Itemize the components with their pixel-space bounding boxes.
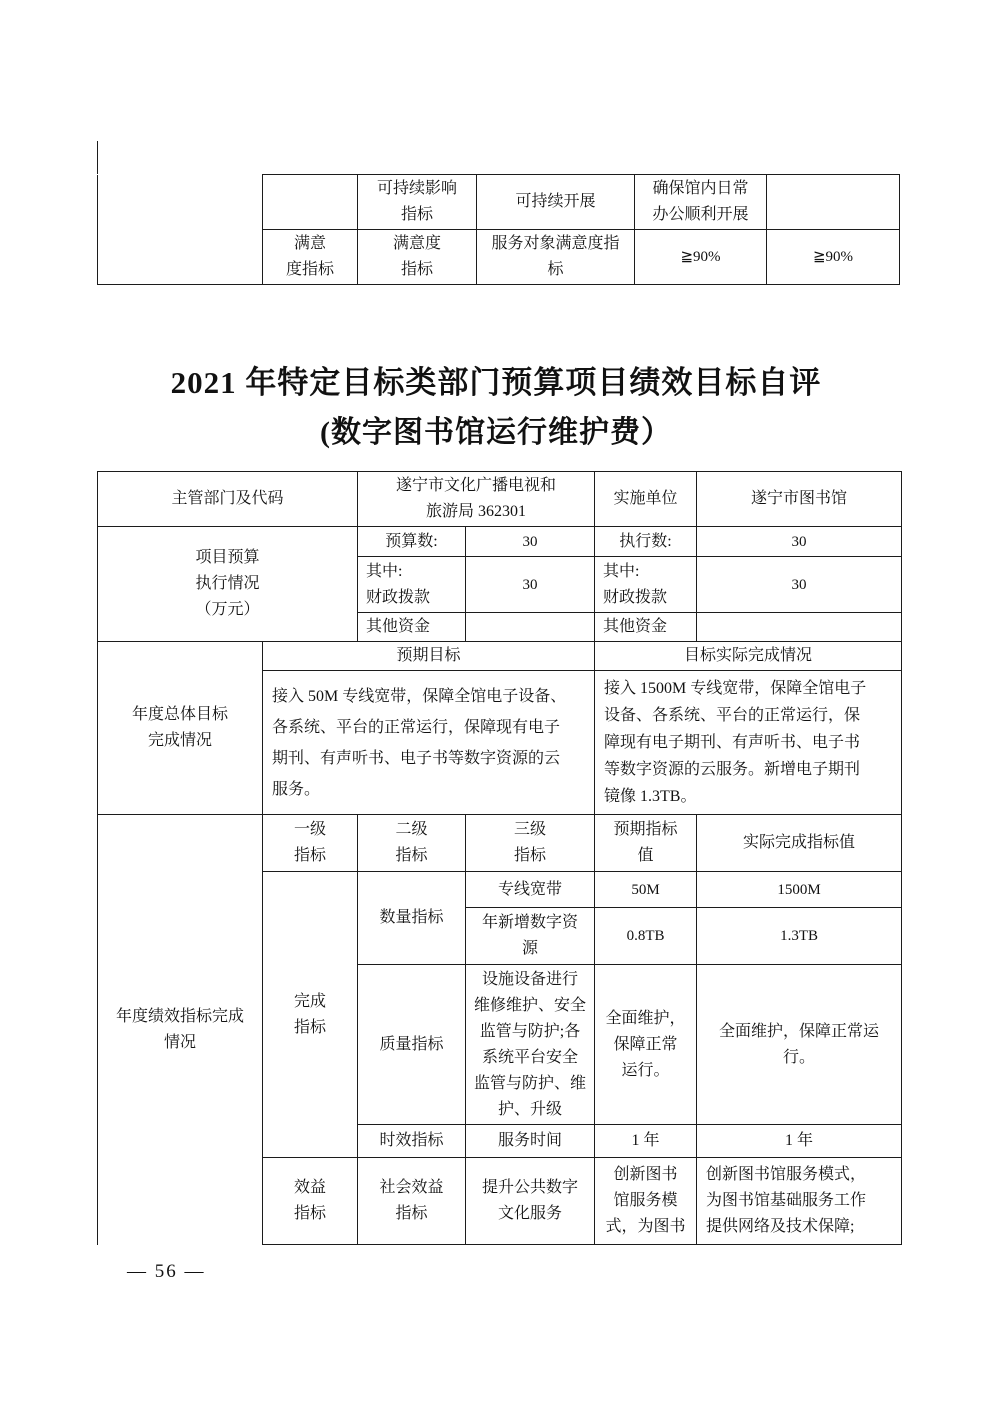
cell-bandwidth-name: 专线宽带	[466, 872, 595, 908]
cell-header-actual: 实际完成指标值	[697, 815, 902, 872]
cell-resources-expected: 0.8TB	[595, 908, 697, 965]
cell-timeliness-expected: 1 年	[595, 1125, 697, 1158]
cell-sustain-label: 可持续影响 指标	[358, 175, 477, 230]
table-row: 年度总体目标 完成情况 预期目标 目标实际完成情况	[98, 642, 902, 671]
cell-budget-label: 预算数:	[358, 527, 466, 557]
cell-other-label-left: 其他资金	[358, 613, 466, 642]
cell-other-label-right: 其他资金	[595, 613, 697, 642]
table-row: 可持续影响 指标 可持续开展 确保馆内日常 办公顺利开展	[98, 175, 900, 230]
cell-indicators-stub: 年度绩效指标完成 情况	[98, 815, 263, 1245]
cell-fiscal-value-left: 30	[466, 557, 595, 613]
cell-dept-label: 主管部门及代码	[98, 472, 358, 527]
doc-title-line2: (数字图书馆运行维护费）	[0, 413, 992, 453]
cell-actual-header: 目标实际完成情况	[595, 642, 902, 671]
cell-timeliness-name: 服务时间	[466, 1125, 595, 1158]
cell-expected-text: 接入 50M 专线宽带，保障全馆电子设备、 各系统、平台的正常运行，保障现有电子…	[263, 671, 595, 815]
cell-header-l1: 一级 指标	[263, 815, 358, 872]
cell-benefit-label: 效益 指标	[263, 1158, 358, 1245]
cell-empty	[767, 175, 900, 230]
table-row: 主管部门及代码 遂宁市文化广播电视和 旅游局 362301 实施单位 遂宁市图书…	[98, 472, 902, 527]
table-row: 项目预算 执行情况 （万元） 预算数: 30 执行数: 30	[98, 527, 902, 557]
cell-benefit-name: 提升公共数字 文化服务	[466, 1158, 595, 1245]
cell-sustain-metric: 可持续开展	[477, 175, 635, 230]
cell-quality-expected: 全面维护， 保障正常 运行。	[595, 965, 697, 1125]
cell-sustain-target: 确保馆内日常 办公顺利开展	[635, 175, 767, 230]
cell-impl-value: 遂宁市图书馆	[697, 472, 902, 527]
cell-benefit-expected: 创新图书 馆服务模 式，为图书	[595, 1158, 697, 1245]
cell-satisfaction-label: 满意度 指标	[358, 230, 477, 285]
cell-benefit-sub: 社会效益 指标	[358, 1158, 466, 1245]
cell-impl-label: 实施单位	[595, 472, 697, 527]
cell-fiscal-label-right: 其中: 财政拨款	[595, 557, 697, 613]
cell-quality-label: 质量指标	[358, 965, 466, 1125]
cell-actual-text: 接入 1500M 专线宽带，保障全馆电子 设备、各系统、平台的正常运行，保 障现…	[595, 671, 902, 815]
cell-dept-value: 遂宁市文化广播电视和 旅游局 362301	[358, 472, 595, 527]
cell-satisfaction-target: ≧90%	[635, 230, 767, 285]
cell-exec-value: 30	[697, 527, 902, 557]
cell-fiscal-value-right: 30	[697, 557, 902, 613]
cell-continued-stub	[98, 175, 263, 285]
cell-bandwidth-expected: 50M	[595, 872, 697, 908]
cell-header-expected: 预期指标 值	[595, 815, 697, 872]
cell-bandwidth-actual: 1500M	[697, 872, 902, 908]
cell-other-value-right	[697, 613, 902, 642]
cell-satisfaction-metric: 服务对象满意度指 标	[477, 230, 635, 285]
cell-timeliness-actual: 1 年	[697, 1125, 902, 1158]
cell-empty	[263, 175, 358, 230]
page-break-stub-line	[97, 141, 98, 174]
cell-fiscal-label-left: 其中: 财政拨款	[358, 557, 466, 613]
cell-quantity-l2: 数量指标	[358, 872, 466, 965]
cell-annual-goal-stub: 年度总体目标 完成情况	[98, 642, 263, 815]
cell-exec-label: 执行数:	[595, 527, 697, 557]
cell-benefit-actual: 创新图书馆服务模式， 为图书馆基础服务工作 提供网络及技术保障;	[697, 1158, 902, 1245]
cell-resources-name: 年新增数字资 源	[466, 908, 595, 965]
document-page: 可持续影响 指标 可持续开展 确保馆内日常 办公顺利开展 满意 度指标 满意度 …	[0, 0, 992, 1403]
cell-resources-actual: 1.3TB	[697, 908, 902, 965]
cell-satisfaction-actual: ≧90%	[767, 230, 900, 285]
cell-satisfaction-stub: 满意 度指标	[263, 230, 358, 285]
cell-budget-stub: 项目预算 执行情况 （万元）	[98, 527, 358, 642]
top-table-fragment: 可持续影响 指标 可持续开展 确保馆内日常 办公顺利开展 满意 度指标 满意度 …	[97, 174, 900, 285]
main-table: 主管部门及代码 遂宁市文化广播电视和 旅游局 362301 实施单位 遂宁市图书…	[97, 471, 902, 1245]
cell-timeliness-label: 时效指标	[358, 1125, 466, 1158]
table-row: 年度绩效指标完成 情况 一级 指标 二级 指标 三级 指标 预期指标 值 实际完…	[98, 815, 902, 872]
cell-expected-header: 预期目标	[263, 642, 595, 671]
page-number: — 56 —	[127, 1261, 206, 1283]
doc-title: 2021 年特定目标类部门预算项目绩效目标自评 (数字图书馆运行维护费）	[0, 361, 992, 453]
cell-quality-name: 设施设备进行 维修维护、安全 监管与防护;各 系统平台安全 监管与防护、维 护、…	[466, 965, 595, 1125]
cell-quality-actual: 全面维护，保障正常运 行。	[697, 965, 902, 1125]
cell-header-l3: 三级 指标	[466, 815, 595, 872]
cell-other-value-left	[466, 613, 595, 642]
cell-header-l2: 二级 指标	[358, 815, 466, 872]
doc-title-line1: 2021 年特定目标类部门预算项目绩效目标自评	[0, 361, 992, 405]
cell-completion-l1: 完成 指标	[263, 872, 358, 1158]
cell-budget-value: 30	[466, 527, 595, 557]
